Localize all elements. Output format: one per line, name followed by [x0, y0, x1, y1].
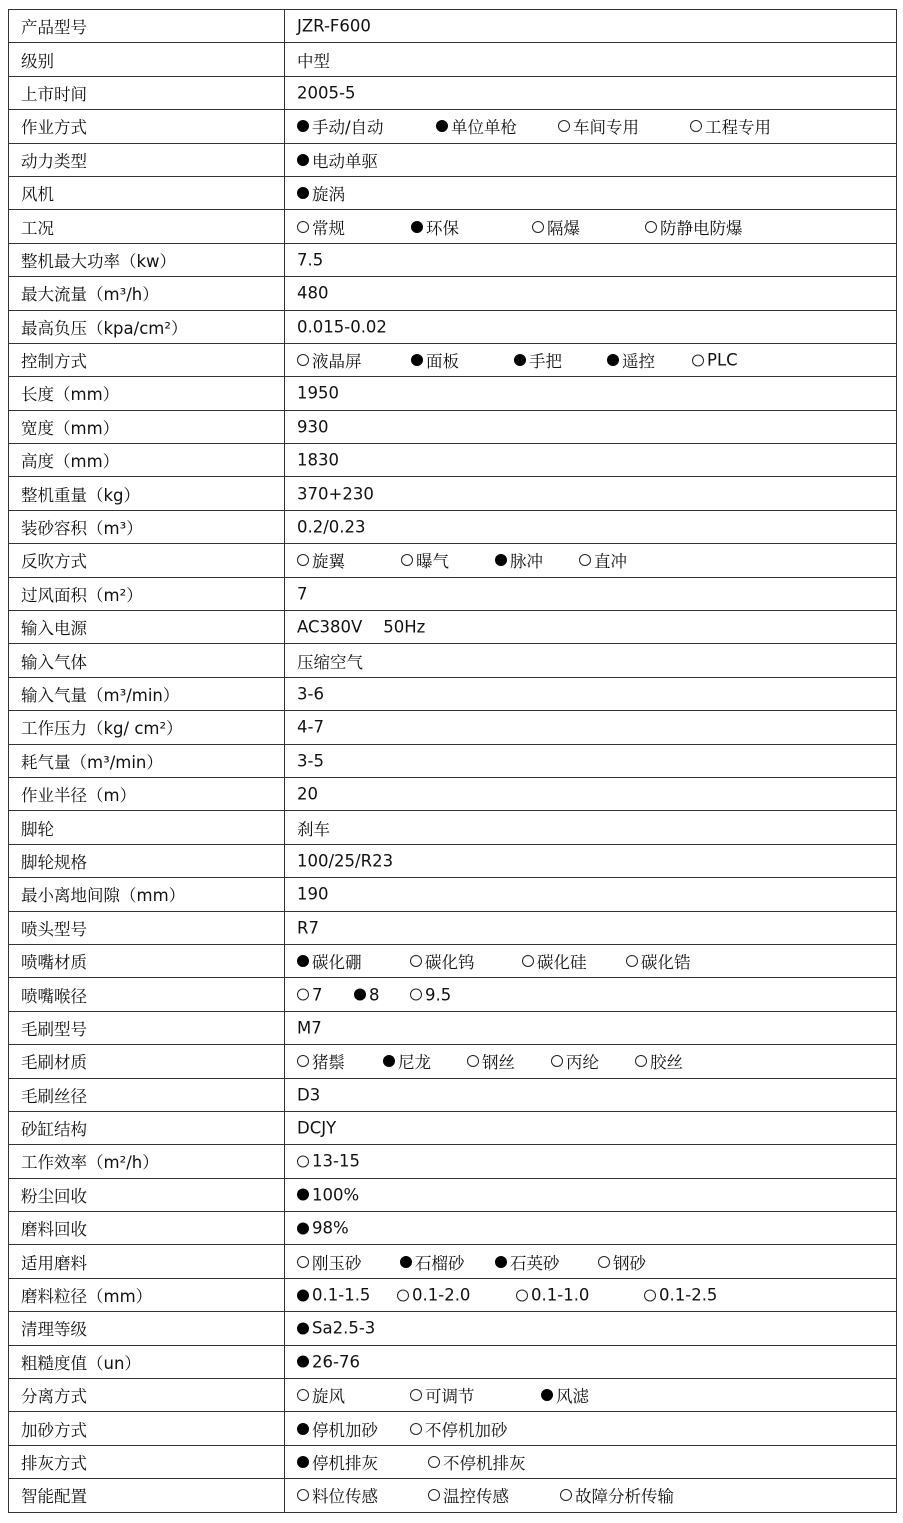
option-item: 工程专用: [690, 114, 771, 138]
filled-circle-icon: [297, 955, 309, 967]
option-label: 手把: [529, 348, 562, 372]
spec-label: 粉尘回收: [9, 1178, 285, 1211]
option-label: PLC: [707, 351, 738, 370]
spec-value-cell: D3: [285, 1078, 897, 1111]
empty-circle-icon: [297, 1389, 309, 1401]
spec-label: 喷嘴喉径: [9, 978, 285, 1011]
option-item: 停机排灰: [297, 1450, 378, 1474]
option-label: 0.1-2.0: [412, 1286, 470, 1305]
option-label: 直冲: [594, 548, 627, 572]
spec-row: 最高负压（kpa/cm²）0.015-0.02: [9, 310, 897, 343]
option-label: 9.5: [425, 985, 451, 1004]
option-label: 防静电防爆: [660, 215, 743, 239]
spec-label: 喷嘴材质: [9, 944, 285, 977]
spec-label: 喷头型号: [9, 911, 285, 944]
filled-circle-icon: [297, 1222, 309, 1234]
option-label: 石英砂: [510, 1250, 560, 1274]
spec-value-cell: 789.5: [285, 978, 897, 1011]
option-item: 环保: [411, 215, 459, 239]
spec-value-cell: 碳化硼碳化钨碳化硅碳化锆: [285, 944, 897, 977]
option-item: 手动/自动: [297, 114, 384, 138]
spec-value: D3: [297, 1085, 320, 1104]
filled-circle-icon: [514, 354, 526, 366]
option-item: 停机加砂: [297, 1417, 378, 1441]
spec-label: 控制方式: [9, 343, 285, 376]
spec-label: 作业半径（m）: [9, 777, 285, 810]
option-label: 曝气: [416, 548, 449, 572]
spec-label: 产品型号: [9, 10, 285, 43]
option-item: 防静电防爆: [645, 215, 743, 239]
spec-label: 输入气量（m³/min）: [9, 677, 285, 710]
spec-label: 整机重量（kg）: [9, 477, 285, 510]
option-label: 遥控: [622, 348, 655, 372]
spec-value-cell: 0.1-1.50.1-2.00.1-1.00.1-2.5: [285, 1278, 897, 1311]
spec-row: 工作效率（m²/h）13-15: [9, 1145, 897, 1178]
spec-value-cell: 猪鬃尼龙钢丝丙纶胶丝: [285, 1045, 897, 1078]
spec-value-cell: 刹车: [285, 811, 897, 844]
empty-circle-icon: [644, 1289, 656, 1301]
spec-value-cell: 20: [285, 777, 897, 810]
spec-label: 分离方式: [9, 1379, 285, 1412]
spec-label: 排灰方式: [9, 1445, 285, 1478]
empty-circle-icon: [297, 1155, 309, 1167]
option-label: 0.1-1.5: [312, 1286, 370, 1305]
option-label: 100%: [312, 1185, 359, 1204]
spec-value: 930: [297, 417, 329, 436]
empty-circle-icon: [558, 120, 570, 132]
spec-table-body: 产品型号JZR-F600级别中型上市时间2005-5作业方式手动/自动单位单枪车…: [9, 10, 897, 1513]
empty-circle-icon: [532, 221, 544, 233]
spec-row: 磨料粒径（mm）0.1-1.50.1-2.00.1-1.00.1-2.5: [9, 1278, 897, 1311]
spec-value: AC380V 50Hz: [297, 618, 425, 637]
option-item: 风滤: [541, 1383, 589, 1407]
filled-circle-icon: [495, 554, 507, 566]
spec-value: 0.015-0.02: [297, 317, 387, 336]
filled-circle-icon: [297, 1456, 309, 1468]
spec-value: 100/25/R23: [297, 851, 393, 870]
option-item: 常规: [297, 215, 345, 239]
spec-value-cell: 1950: [285, 377, 897, 410]
spec-row: 喷嘴材质碳化硼碳化钨碳化硅碳化锆: [9, 944, 897, 977]
option-label: 环保: [426, 215, 459, 239]
spec-value-cell: 370+230: [285, 477, 897, 510]
option-label: 胶丝: [650, 1049, 683, 1073]
spec-row: 整机重量（kg）370+230: [9, 477, 897, 510]
option-label: 8: [369, 985, 380, 1004]
option-label: 碳化锆: [641, 949, 691, 973]
filled-circle-icon: [297, 1289, 309, 1301]
spec-label: 最大流量（m³/h）: [9, 277, 285, 310]
spec-label: 输入电源: [9, 611, 285, 644]
spec-value-cell: 7: [285, 577, 897, 610]
option-item: 100%: [297, 1185, 359, 1204]
spec-label: 毛刷丝径: [9, 1078, 285, 1111]
spec-value-cell: 0.2/0.23: [285, 510, 897, 543]
option-label: 常规: [312, 215, 345, 239]
option-label: 旋翼: [312, 548, 345, 572]
spec-label: 脚轮规格: [9, 844, 285, 877]
spec-row: 砂缸结构DCJY: [9, 1111, 897, 1144]
spec-value-cell: 料位传感温控传感故障分析传输: [285, 1479, 897, 1512]
spec-row: 级别中型: [9, 43, 897, 76]
spec-value: 4-7: [297, 718, 324, 737]
option-item: 0.1-2.5: [644, 1286, 717, 1305]
spec-value: M7: [297, 1018, 322, 1037]
spec-row: 控制方式液晶屏面板手把遥控PLC: [9, 343, 897, 376]
spec-value-cell: 液晶屏面板手把遥控PLC: [285, 343, 897, 376]
spec-row: 输入电源AC380V 50Hz: [9, 611, 897, 644]
spec-row: 整机最大功率（kw）7.5: [9, 243, 897, 276]
filled-circle-icon: [411, 354, 423, 366]
spec-label: 高度（mm）: [9, 444, 285, 477]
empty-circle-icon: [428, 1456, 440, 1468]
spec-label: 宽度（mm）: [9, 410, 285, 443]
spec-value-cell: 常规环保隔爆防静电防爆: [285, 210, 897, 243]
filled-circle-icon: [297, 154, 309, 166]
spec-value-cell: 26-76: [285, 1345, 897, 1378]
option-item: 碳化钨: [410, 949, 475, 973]
empty-circle-icon: [516, 1289, 528, 1301]
option-label: 风滤: [556, 1383, 589, 1407]
option-item: 电动单驱: [297, 148, 378, 172]
empty-circle-icon: [410, 1423, 422, 1435]
empty-circle-icon: [692, 354, 704, 366]
empty-circle-icon: [635, 1055, 647, 1067]
empty-circle-icon: [297, 1256, 309, 1268]
option-item: 遥控: [607, 348, 655, 372]
option-label: 隔爆: [547, 215, 580, 239]
spec-table: 产品型号JZR-F600级别中型上市时间2005-5作业方式手动/自动单位单枪车…: [8, 9, 897, 1513]
spec-row: 工况常规环保隔爆防静电防爆: [9, 210, 897, 243]
option-label: 碳化硼: [312, 949, 362, 973]
option-label: 98%: [312, 1219, 349, 1238]
option-item: 98%: [297, 1219, 349, 1238]
option-label: 车间专用: [573, 114, 639, 138]
option-label: 故障分析传输: [575, 1483, 674, 1507]
spec-row: 毛刷材质猪鬃尼龙钢丝丙纶胶丝: [9, 1045, 897, 1078]
filled-circle-icon: [354, 989, 366, 1001]
spec-row: 清理等级Sa2.5-3: [9, 1312, 897, 1345]
spec-row: 反吹方式旋翼曝气脉冲直冲: [9, 544, 897, 577]
empty-circle-icon: [297, 989, 309, 1001]
empty-circle-icon: [397, 1289, 409, 1301]
spec-label: 加砂方式: [9, 1412, 285, 1445]
spec-value: R7: [297, 918, 319, 937]
spec-row: 适用磨料刚玉砂石榴砂石英砂钢砂: [9, 1245, 897, 1278]
filled-circle-icon: [297, 1423, 309, 1435]
spec-row: 高度（mm）1830: [9, 444, 897, 477]
option-label: 可调节: [425, 1383, 475, 1407]
option-label: 0.1-2.5: [659, 1286, 717, 1305]
spec-row: 脚轮规格100/25/R23: [9, 844, 897, 877]
spec-value: 3-6: [297, 685, 324, 704]
spec-row: 最大流量（m³/h）480: [9, 277, 897, 310]
spec-row: 过风面积（m²）7: [9, 577, 897, 610]
option-item: 手把: [514, 348, 562, 372]
spec-label: 动力类型: [9, 143, 285, 176]
spec-label: 级别: [9, 43, 285, 76]
spec-row: 磨料回收98%: [9, 1212, 897, 1245]
spec-row: 上市时间2005-5: [9, 76, 897, 109]
option-item: Sa2.5-3: [297, 1319, 375, 1338]
spec-label: 整机最大功率（kw）: [9, 243, 285, 276]
spec-row: 喷头型号R7: [9, 911, 897, 944]
spec-label: 最小离地间隙（mm）: [9, 878, 285, 911]
spec-value-cell: 手动/自动单位单枪车间专用工程专用: [285, 110, 897, 143]
spec-label: 磨料回收: [9, 1212, 285, 1245]
spec-label: 粗糙度值（un）: [9, 1345, 285, 1378]
spec-row: 喷嘴喉径789.5: [9, 978, 897, 1011]
spec-value: 刹车: [297, 816, 330, 840]
spec-value-cell: 190: [285, 878, 897, 911]
option-label: 单位单枪: [451, 114, 517, 138]
option-label: 钢砂: [613, 1250, 646, 1274]
spec-label: 长度（mm）: [9, 377, 285, 410]
spec-value-cell: 930: [285, 410, 897, 443]
option-item: 曝气: [401, 548, 449, 572]
spec-label: 工作效率（m²/h）: [9, 1145, 285, 1178]
option-label: 碳化硅: [537, 949, 587, 973]
empty-circle-icon: [579, 554, 591, 566]
spec-value-cell: 7.5: [285, 243, 897, 276]
option-item: 温控传感: [428, 1483, 509, 1507]
filled-circle-icon: [383, 1055, 395, 1067]
spec-label: 最高负压（kpa/cm²）: [9, 310, 285, 343]
spec-value: 中型: [297, 48, 330, 72]
spec-value: 7: [297, 584, 308, 603]
spec-label: 工况: [9, 210, 285, 243]
option-item: 车间专用: [558, 114, 639, 138]
option-item: 不停机加砂: [410, 1417, 508, 1441]
option-label: 13-15: [312, 1152, 360, 1171]
empty-circle-icon: [297, 1489, 309, 1501]
empty-circle-icon: [428, 1489, 440, 1501]
spec-value-cell: 13-15: [285, 1145, 897, 1178]
option-item: 钢砂: [598, 1250, 646, 1274]
option-item: 0.1-1.0: [516, 1286, 589, 1305]
spec-value-cell: JZR-F600: [285, 10, 897, 43]
spec-row: 脚轮刹车: [9, 811, 897, 844]
spec-value: DCJY: [297, 1119, 336, 1138]
option-label: 碳化钨: [425, 949, 475, 973]
option-item: 脉冲: [495, 548, 543, 572]
option-item: 不停机排灰: [428, 1450, 526, 1474]
spec-value-cell: 3-6: [285, 677, 897, 710]
option-item: 旋翼: [297, 548, 345, 572]
spec-value: 190: [297, 885, 329, 904]
spec-label: 磨料粒径（mm）: [9, 1278, 285, 1311]
option-item: 直冲: [579, 548, 627, 572]
spec-value-cell: 停机排灰不停机排灰: [285, 1445, 897, 1478]
empty-circle-icon: [645, 221, 657, 233]
option-label: 停机加砂: [312, 1417, 378, 1441]
spec-label: 过风面积（m²）: [9, 577, 285, 610]
filled-circle-icon: [297, 1322, 309, 1334]
filled-circle-icon: [607, 354, 619, 366]
spec-value-cell: 3-5: [285, 744, 897, 777]
option-label: 电动单驱: [312, 148, 378, 172]
filled-circle-icon: [411, 221, 423, 233]
option-item: 石英砂: [495, 1250, 560, 1274]
option-label: 石榴砂: [415, 1250, 465, 1274]
option-item: 碳化硼: [297, 949, 362, 973]
spec-value-cell: 100%: [285, 1178, 897, 1211]
empty-circle-icon: [297, 554, 309, 566]
filled-circle-icon: [541, 1389, 553, 1401]
spec-row: 输入气量（m³/min）3-6: [9, 677, 897, 710]
empty-circle-icon: [297, 221, 309, 233]
empty-circle-icon: [467, 1055, 479, 1067]
spec-value-cell: 480: [285, 277, 897, 310]
empty-circle-icon: [410, 955, 422, 967]
empty-circle-icon: [410, 989, 422, 1001]
option-label: 温控传感: [443, 1483, 509, 1507]
option-label: 0.1-1.0: [531, 1286, 589, 1305]
empty-circle-icon: [560, 1489, 572, 1501]
option-item: 钢丝: [467, 1049, 515, 1073]
empty-circle-icon: [297, 1055, 309, 1067]
spec-row: 工作压力（kg/ cm²）4-7: [9, 711, 897, 744]
filled-circle-icon: [400, 1256, 412, 1268]
spec-value-cell: 4-7: [285, 711, 897, 744]
filled-circle-icon: [297, 1189, 309, 1201]
option-item: 0.1-1.5: [297, 1286, 370, 1305]
option-label: 液晶屏: [312, 348, 362, 372]
option-item: 碳化锆: [626, 949, 691, 973]
option-item: 0.1-2.0: [397, 1286, 470, 1305]
spec-value-cell: 98%: [285, 1212, 897, 1245]
option-item: 刚玉砂: [297, 1250, 362, 1274]
spec-row: 长度（mm）1950: [9, 377, 897, 410]
spec-row: 作业半径（m）20: [9, 777, 897, 810]
filled-circle-icon: [495, 1256, 507, 1268]
option-item: 丙纶: [551, 1049, 599, 1073]
spec-row: 产品型号JZR-F600: [9, 10, 897, 43]
spec-value-cell: 压缩空气: [285, 644, 897, 677]
option-item: 液晶屏: [297, 348, 362, 372]
empty-circle-icon: [522, 955, 534, 967]
spec-row: 最小离地间隙（mm）190: [9, 878, 897, 911]
option-label: 面板: [426, 348, 459, 372]
option-item: 7: [297, 985, 323, 1004]
spec-row: 毛刷丝径D3: [9, 1078, 897, 1111]
spec-row: 粉尘回收100%: [9, 1178, 897, 1211]
spec-value-cell: R7: [285, 911, 897, 944]
spec-row: 风机旋涡: [9, 176, 897, 209]
option-item: 尼龙: [383, 1049, 431, 1073]
spec-value-cell: 0.015-0.02: [285, 310, 897, 343]
option-item: 故障分析传输: [560, 1483, 674, 1507]
option-item: 碳化硅: [522, 949, 587, 973]
spec-value: 7.5: [297, 250, 323, 269]
spec-row: 耗气量（m³/min）3-5: [9, 744, 897, 777]
spec-value: 3-5: [297, 751, 324, 770]
spec-value-cell: Sa2.5-3: [285, 1312, 897, 1345]
filled-circle-icon: [297, 1356, 309, 1368]
option-item: 9.5: [410, 985, 451, 1004]
spec-label: 作业方式: [9, 110, 285, 143]
option-label: 猪鬃: [312, 1049, 345, 1073]
spec-label: 适用磨料: [9, 1245, 285, 1278]
spec-row: 分离方式旋风可调节风滤: [9, 1379, 897, 1412]
spec-row: 毛刷型号M7: [9, 1011, 897, 1044]
option-label: 不停机排灰: [443, 1450, 526, 1474]
option-label: 工程专用: [705, 114, 771, 138]
spec-value-cell: DCJY: [285, 1111, 897, 1144]
option-item: 旋涡: [297, 181, 345, 205]
spec-label: 毛刷材质: [9, 1045, 285, 1078]
spec-value-cell: 停机加砂不停机加砂: [285, 1412, 897, 1445]
option-label: 旋涡: [312, 181, 345, 205]
spec-value: 2005-5: [297, 83, 355, 102]
option-item: 料位传感: [297, 1483, 378, 1507]
spec-label: 风机: [9, 176, 285, 209]
option-item: 面板: [411, 348, 459, 372]
filled-circle-icon: [297, 120, 309, 132]
option-item: 单位单枪: [436, 114, 517, 138]
spec-row: 宽度（mm）930: [9, 410, 897, 443]
spec-label: 耗气量（m³/min）: [9, 744, 285, 777]
spec-value-cell: 旋翼曝气脉冲直冲: [285, 544, 897, 577]
option-label: 不停机加砂: [425, 1417, 508, 1441]
spec-label: 砂缸结构: [9, 1111, 285, 1144]
empty-circle-icon: [690, 120, 702, 132]
option-label: 料位传感: [312, 1483, 378, 1507]
spec-row: 粗糙度值（un）26-76: [9, 1345, 897, 1378]
spec-value-cell: 电动单驱: [285, 143, 897, 176]
option-label: 7: [312, 985, 323, 1004]
spec-value-cell: 旋涡: [285, 176, 897, 209]
spec-label: 毛刷型号: [9, 1011, 285, 1044]
spec-row: 智能配置料位传感温控传感故障分析传输: [9, 1479, 897, 1512]
option-item: 可调节: [410, 1383, 475, 1407]
spec-label: 脚轮: [9, 811, 285, 844]
spec-label: 上市时间: [9, 76, 285, 109]
option-item: 26-76: [297, 1352, 360, 1371]
spec-value-cell: AC380V 50Hz: [285, 611, 897, 644]
spec-label: 输入气体: [9, 644, 285, 677]
spec-row: 输入气体压缩空气: [9, 644, 897, 677]
option-item: 8: [354, 985, 380, 1004]
option-item: 猪鬃: [297, 1049, 345, 1073]
empty-circle-icon: [598, 1256, 610, 1268]
spec-value: 压缩空气: [297, 649, 363, 673]
spec-value: 1830: [297, 451, 339, 470]
option-item: 胶丝: [635, 1049, 683, 1073]
option-item: 石榴砂: [400, 1250, 465, 1274]
filled-circle-icon: [436, 120, 448, 132]
option-item: 隔爆: [532, 215, 580, 239]
spec-row: 作业方式手动/自动单位单枪车间专用工程专用: [9, 110, 897, 143]
option-item: 旋风: [297, 1383, 345, 1407]
spec-value: 20: [297, 785, 318, 804]
empty-circle-icon: [626, 955, 638, 967]
spec-value: 370+230: [297, 484, 374, 503]
empty-circle-icon: [410, 1389, 422, 1401]
spec-label: 反吹方式: [9, 544, 285, 577]
spec-row: 排灰方式停机排灰不停机排灰: [9, 1445, 897, 1478]
option-label: 脉冲: [510, 548, 543, 572]
option-label: 尼龙: [398, 1049, 431, 1073]
spec-value-cell: 100/25/R23: [285, 844, 897, 877]
spec-value-cell: 旋风可调节风滤: [285, 1379, 897, 1412]
spec-value: 1950: [297, 384, 339, 403]
spec-row: 加砂方式停机加砂不停机加砂: [9, 1412, 897, 1445]
spec-label: 智能配置: [9, 1479, 285, 1512]
option-label: 停机排灰: [312, 1450, 378, 1474]
option-label: Sa2.5-3: [312, 1319, 375, 1338]
option-label: 手动/自动: [312, 114, 384, 138]
